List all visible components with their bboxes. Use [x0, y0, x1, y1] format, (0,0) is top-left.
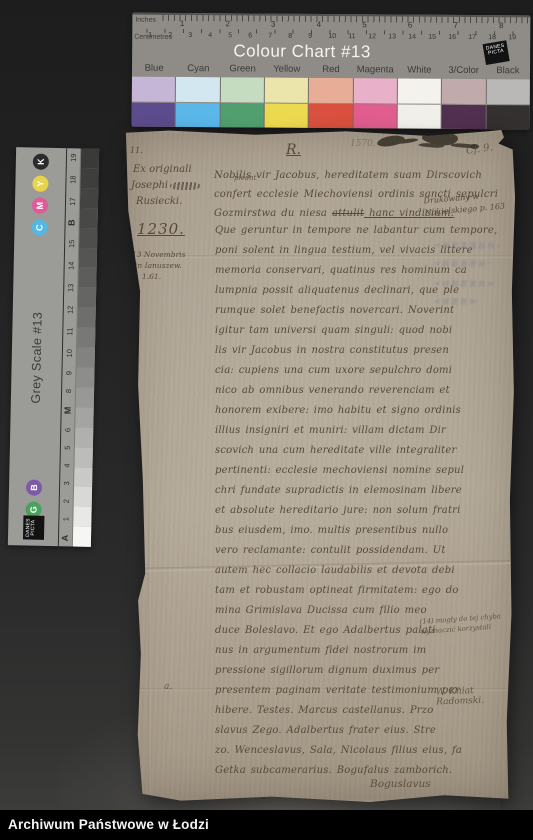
- grey-step-number: 12: [65, 306, 74, 315]
- color-swatch: [398, 78, 442, 103]
- color-swatch: [353, 104, 396, 128]
- grey-step-number: 3: [62, 481, 71, 485]
- grey-patch: [79, 248, 97, 268]
- cmyk-circle-m-icon: M: [32, 198, 48, 214]
- inch-number: 3: [250, 19, 296, 28]
- grey-patch: [80, 168, 98, 188]
- fold-crease-vertical: [148, 430, 151, 798]
- color-swatch: [265, 78, 309, 103]
- margin-source-line: Ex originali: [133, 164, 192, 175]
- manuscript-line: memoria conservari, quatinus res hominum…: [215, 265, 465, 285]
- manuscript-line: rumque solet benefactis novercari. Nover…: [215, 305, 465, 325]
- column-label: Black: [486, 65, 530, 76]
- color-swatch: [176, 103, 219, 127]
- inch-number: 5: [342, 20, 388, 29]
- cm-number: 1: [146, 32, 166, 39]
- manuscript-line: poni solent in lingua testium, vel vivac…: [215, 245, 465, 265]
- grey-patch: [73, 527, 91, 547]
- manuscript-line: honorem exibere: imo habitu et signo ord…: [215, 405, 465, 425]
- manuscript-line: presentem paginam veritate testimonium p…: [215, 685, 465, 705]
- faint-pencil-scribble: [434, 242, 500, 249]
- manuscript-line: cia: cupiens una cum uxore sepulchro dom…: [215, 365, 465, 385]
- color-swatch: [309, 104, 352, 128]
- manuscript-line: igitur tam universi quam singuli: quod n…: [215, 325, 465, 345]
- grey-step-number: 6: [63, 428, 72, 432]
- color-swatch: [176, 77, 220, 102]
- caption-bar: Archiwum Państwowe w Łodzi: [0, 810, 533, 840]
- ink-blot: [376, 134, 405, 147]
- margin-date-line: 13 Novembris: [132, 250, 185, 259]
- cm-number: 10: [326, 33, 346, 40]
- grey-patch: [75, 407, 93, 427]
- grey-step-number: 2: [61, 499, 70, 503]
- manuscript-line: illius insigniri et muniri: villam dicta…: [215, 425, 465, 445]
- manuscript-line: nico ab omnibus venerando reverenciam et: [215, 385, 465, 405]
- grey-step-number: 5: [62, 446, 71, 450]
- color-swatch: [442, 105, 485, 129]
- cm-number: 3: [186, 32, 206, 39]
- cm-number: 14: [406, 34, 426, 41]
- inch-number: 6: [387, 20, 433, 29]
- color-swatch: [486, 79, 530, 104]
- right-margin-name-note: W. Kniat Radomski.: [436, 685, 516, 708]
- cm-number: 17: [466, 34, 486, 41]
- margin-date-line: 1.61.: [142, 272, 161, 281]
- manuscript-line: autem hec collacio laudabilis et devota …: [215, 565, 465, 585]
- color-swatch: [265, 104, 309, 128]
- archive-photo-stage: Inches 12345678 Centimetres 123456789101…: [0, 0, 533, 840]
- manuscript-line: zo. Wenceslavus, Sala, Nicolaus filius e…: [215, 745, 465, 765]
- grey-patch: [79, 228, 97, 248]
- reference-mark: R.: [286, 142, 301, 158]
- inch-number: 2: [205, 19, 251, 28]
- inch-number: 7: [433, 21, 479, 30]
- column-label: Magenta: [353, 64, 397, 75]
- grey-patch: [74, 487, 92, 507]
- signature: Boguslavus: [370, 778, 431, 790]
- grey-patch: [77, 328, 95, 348]
- column-label: Green: [220, 63, 264, 74]
- color-swatch: [353, 78, 397, 103]
- faint-pencil-scribble: [434, 260, 490, 267]
- manuscript-body: Que geruntur in tempore ne labantur cum …: [215, 225, 465, 785]
- column-label: Blue: [132, 63, 176, 74]
- column-label: Red: [309, 64, 353, 75]
- faint-header-number: 1570.: [350, 139, 376, 149]
- manuscript-document: R. 1570. Cf. 9. 11. Ex originali Josephi…: [122, 130, 515, 802]
- margin-insert-mark: a.: [164, 682, 172, 692]
- chart-column-labels: Blue Cyan Green Yellow Red Magenta White…: [132, 63, 530, 77]
- grey-patch: [78, 268, 96, 288]
- grey-step-number: 10: [64, 349, 73, 358]
- color-swatch: [132, 77, 176, 102]
- grey-step-number: 15: [67, 240, 76, 249]
- manuscript-line: et absolute hereditario jure: non solum …: [215, 505, 465, 525]
- grey-scale-bar: R G B Grey Scale #13 C M Y K DANES PICTA…: [8, 147, 99, 547]
- cmyk-circle-c-icon: C: [31, 220, 47, 236]
- grey-patch: [73, 507, 91, 527]
- grey-step-number: 9: [64, 371, 73, 375]
- chart-title: Colour Chart #13: [132, 41, 472, 63]
- manuscript-paper: R. 1570. Cf. 9. 11. Ex originali Josephi…: [122, 130, 515, 802]
- rgb-circle-b-icon: B: [26, 479, 42, 495]
- cm-number: 13: [386, 33, 406, 40]
- ruler-inches-label: Inches: [135, 17, 156, 24]
- ink-blot: [422, 130, 459, 146]
- photo-background: Inches 12345678 Centimetres 123456789101…: [0, 0, 533, 810]
- struck-word: attulit: [332, 208, 364, 219]
- ruler: Inches 12345678 Centimetres 123456789101…: [132, 13, 530, 45]
- grey-patch: [79, 208, 97, 228]
- manuscript-line: pressione sigillorum dignum duximus per: [215, 665, 465, 685]
- grey-patch: [80, 188, 98, 208]
- grey-step-number: A: [60, 535, 70, 542]
- cm-number: 8: [286, 33, 306, 40]
- brand-logo: DANES PICTA: [22, 515, 43, 539]
- manuscript-line: slavus Zego. Adalbertus frater eius. Str…: [215, 725, 465, 745]
- grey-patch: [77, 348, 95, 368]
- inch-number: 1: [159, 19, 205, 28]
- cm-number: 5: [226, 32, 246, 39]
- cm-numbers: 12345678910111213141516171819: [146, 32, 526, 42]
- color-swatch: [220, 103, 263, 127]
- grey-step-number: 8: [64, 389, 73, 393]
- column-label: 3/Color: [442, 65, 486, 76]
- grey-patch: [77, 308, 95, 328]
- line-text: Gozmirstwa du niesa: [214, 208, 332, 219]
- inch-number: 4: [296, 20, 342, 29]
- margin-date-line: in Ianuszew.: [135, 261, 182, 270]
- manuscript-line: bus eiusdem, imo. multis presentibus nul…: [215, 525, 465, 545]
- cm-number: 2: [166, 32, 186, 39]
- manuscript-line: nus in argumentum fidei nostrorum im: [215, 645, 465, 665]
- color-swatch: [220, 77, 264, 102]
- color-swatch: [309, 78, 353, 103]
- grey-patch: [76, 367, 94, 387]
- grey-step-number: 13: [66, 284, 75, 293]
- margin-source-line: Josephi: [131, 180, 168, 191]
- grey-patch: [74, 467, 92, 487]
- cm-number: 12: [366, 33, 386, 40]
- manuscript-line: pertinenti: ecclesie mechoviensi nomine …: [215, 465, 465, 485]
- scribbled-out-word: [170, 182, 200, 190]
- manuscript-line: vero reclamante: contulit possidendam. U…: [215, 545, 465, 565]
- cm-number: 7: [266, 33, 286, 40]
- page-number: 11.: [130, 146, 143, 155]
- brand-logo: DANES PICTA: [483, 40, 510, 65]
- color-swatch: [442, 79, 486, 104]
- swatch-row-solids: [132, 103, 530, 130]
- inch-number: 8: [478, 21, 524, 30]
- grey-step-number: 11: [65, 328, 74, 336]
- color-swatch: [132, 103, 175, 127]
- cm-number: 15: [426, 34, 446, 41]
- faint-pencil-scribble: [434, 280, 494, 287]
- column-label: Yellow: [265, 64, 309, 75]
- faint-pencil-scribble: [434, 298, 478, 305]
- grey-scale-title: Grey Scale #13: [27, 242, 46, 474]
- grey-step-number: B: [67, 219, 77, 226]
- margin-source-line: Rusiecki.: [136, 196, 182, 207]
- cm-number: 6: [246, 32, 266, 39]
- cm-number: 9: [306, 33, 326, 40]
- inserted-word: pleant: [234, 174, 256, 182]
- grey-patch: [78, 288, 96, 308]
- margin-year: 1230.: [137, 220, 185, 238]
- column-label: White: [397, 64, 441, 75]
- grey-step-number: 14: [66, 262, 75, 271]
- manuscript-line: hibere. Testes. Marcus castellanus. Przo: [215, 705, 465, 725]
- manuscript-line: chri fundate supradictis in elemosinam l…: [215, 485, 465, 505]
- cm-number: 16: [446, 34, 466, 41]
- grey-step-number: M: [63, 407, 73, 415]
- manuscript-line: Que geruntur in tempore ne labantur cum …: [215, 225, 465, 245]
- grey-step-number: 4: [62, 463, 71, 467]
- grey-scale-rotated-labels: R G B Grey Scale #13 C M Y K DANES PICTA: [8, 147, 66, 546]
- cm-number: 11: [346, 33, 366, 40]
- manuscript-line: lumpnia possit aliquatenus declinari, qu…: [215, 285, 465, 305]
- manuscript-line: scovich una cum hereditate ville integra…: [215, 445, 465, 465]
- manuscript-line: lis vir Jacobus in nostra constitutus pr…: [215, 345, 465, 365]
- archive-caption: Archiwum Państwowe w Łodzi: [8, 817, 209, 832]
- color-swatch: [398, 104, 442, 128]
- grey-patch: [81, 149, 99, 169]
- grey-patch: [75, 427, 93, 447]
- corner-note: Cf. 9.: [465, 142, 493, 157]
- manuscript-line: tam et robustam optineat firmitatem: ego…: [215, 585, 465, 605]
- grey-step-number: 18: [68, 175, 77, 184]
- cmyk-circle-y-icon: Y: [32, 176, 48, 192]
- grey-step-number: 17: [67, 197, 76, 206]
- colour-chart: Inches 12345678 Centimetres 123456789101…: [132, 13, 531, 130]
- grey-step-number: 1: [61, 517, 70, 521]
- grey-step-number: 19: [68, 153, 77, 162]
- column-label: Cyan: [176, 63, 220, 74]
- right-margin-note: (14) mogły do tej chyba wyznaczić korzys…: [419, 611, 501, 637]
- cm-number: 4: [206, 32, 226, 39]
- grey-patch: [74, 447, 92, 467]
- swatch-row-tints: [132, 77, 530, 105]
- grey-patch: [76, 387, 94, 407]
- cmyk-circle-k-icon: K: [33, 154, 49, 170]
- cm-number: 19: [506, 34, 526, 41]
- color-swatch: [486, 105, 529, 129]
